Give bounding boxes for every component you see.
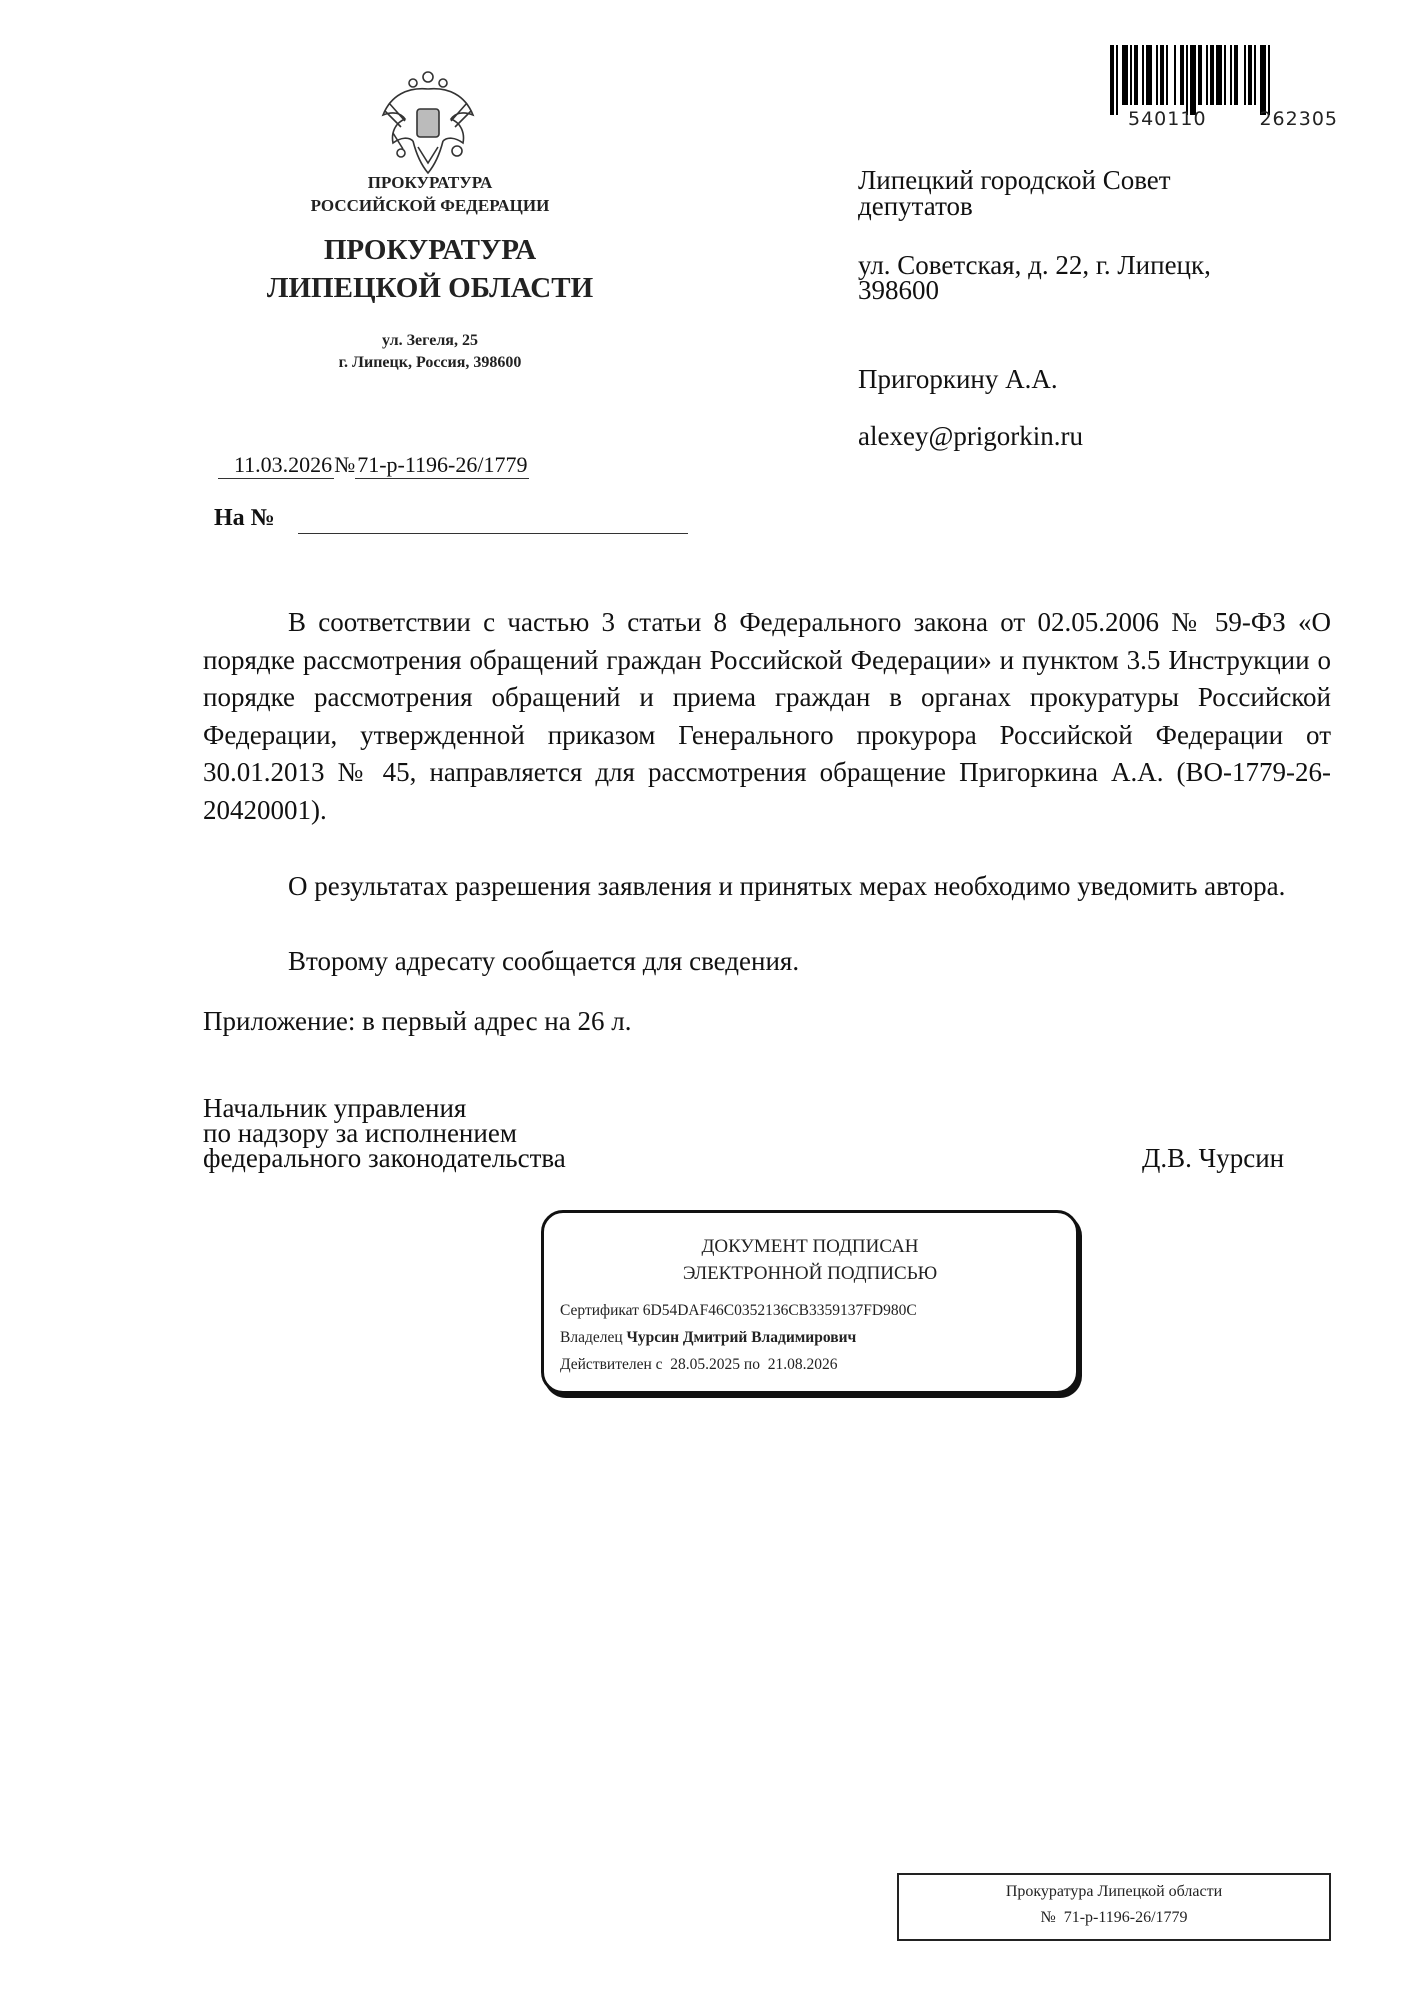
org-address-line1: ул. Зегеля, 25 <box>250 330 610 352</box>
recipient-org-line1: Липецкий городской Совет <box>858 167 1358 193</box>
org-big-line1: ПРОКУРАТУРА <box>230 230 630 270</box>
electronic-signature-stamp: ДОКУМЕНТ ПОДПИСАН ЭЛЕКТРОННОЙ ПОДПИСЬЮ С… <box>541 1210 1079 1394</box>
valid-to: 21.08.2026 <box>768 1356 838 1373</box>
body-paragraph-3: Второму адресату сообщается для сведения… <box>203 943 1331 981</box>
recipient-email[interactable]: alexey@prigorkin.ru <box>858 423 1358 449</box>
reply-to-label: На № <box>214 505 275 532</box>
esig-owner: Владелец Чурсин Дмитрий Владимирович <box>560 1324 1076 1351</box>
registration-number: 71-р-1196-26/1779 <box>355 452 529 479</box>
recipient-person: Пригоркину А.А. <box>858 366 1358 392</box>
esig-title-line1: ДОКУМЕНТ ПОДПИСАН <box>544 1233 1076 1260</box>
russian-coat-of-arms-icon <box>373 67 483 177</box>
org-small-line1: ПРОКУРАТУРА <box>250 172 610 194</box>
attachment-note: Приложение: в первый адрес на 26 л. <box>203 1003 1331 1041</box>
esig-certificate: Сертификат 6D54DAF46C0352136CB3359137FD9… <box>560 1297 1076 1324</box>
esig-validity: Действителен с 28.05.2025 по 21.08.2026 <box>560 1351 1076 1378</box>
valid-from: 28.05.2025 <box>670 1356 740 1373</box>
body-paragraph-2: О результатах разрешения заявления и при… <box>203 868 1331 906</box>
stamp-number: № 71-р-1196-26/1779 <box>899 1905 1329 1931</box>
certificate-value: 6D54DAF46C0352136CB3359137FD980C <box>643 1302 917 1319</box>
org-big-line2: ЛИПЕЦКОЙ ОБЛАСТИ <box>230 268 630 308</box>
barcode-left-number: 540110 <box>1128 108 1207 130</box>
esig-title: ДОКУМЕНТ ПОДПИСАН ЭЛЕКТРОННОЙ ПОДПИСЬЮ <box>544 1233 1076 1287</box>
barcode-right-number: 262305 <box>1259 108 1338 130</box>
owner-value: Чурсин Дмитрий Владимирович <box>627 1329 857 1346</box>
registration-line: 11.03.2026№71-р-1196-26/1779 <box>218 452 529 479</box>
registration-stamp: Прокуратура Липецкой области № 71-р-1196… <box>897 1873 1331 1941</box>
recipient-org-line2: депутатов <box>858 193 1358 219</box>
org-small-line2: РОССИЙСКОЙ ФЕДЕРАЦИИ <box>250 195 610 217</box>
body-paragraph-1: В соответствии с частью 3 статьи 8 Федер… <box>203 604 1331 829</box>
recipient-address-line2: 398600 <box>858 277 1358 303</box>
esig-title-line2: ЭЛЕКТРОННОЙ ПОДПИСЬЮ <box>544 1260 1076 1287</box>
barcode <box>1110 45 1340 115</box>
barcode-number: 540110 262305 <box>1128 108 1338 130</box>
registration-date: 11.03.2026 <box>218 452 334 479</box>
signer-position-line3: федерального законодательства <box>203 1146 566 1171</box>
number-sign: № <box>334 452 355 477</box>
stamp-org: Прокуратура Липецкой области <box>899 1879 1329 1905</box>
org-address-line2: г. Липецк, Россия, 398600 <box>250 352 610 374</box>
reply-to-field <box>298 533 688 534</box>
signer-name: Д.В. Чурсин <box>1142 1146 1284 1171</box>
